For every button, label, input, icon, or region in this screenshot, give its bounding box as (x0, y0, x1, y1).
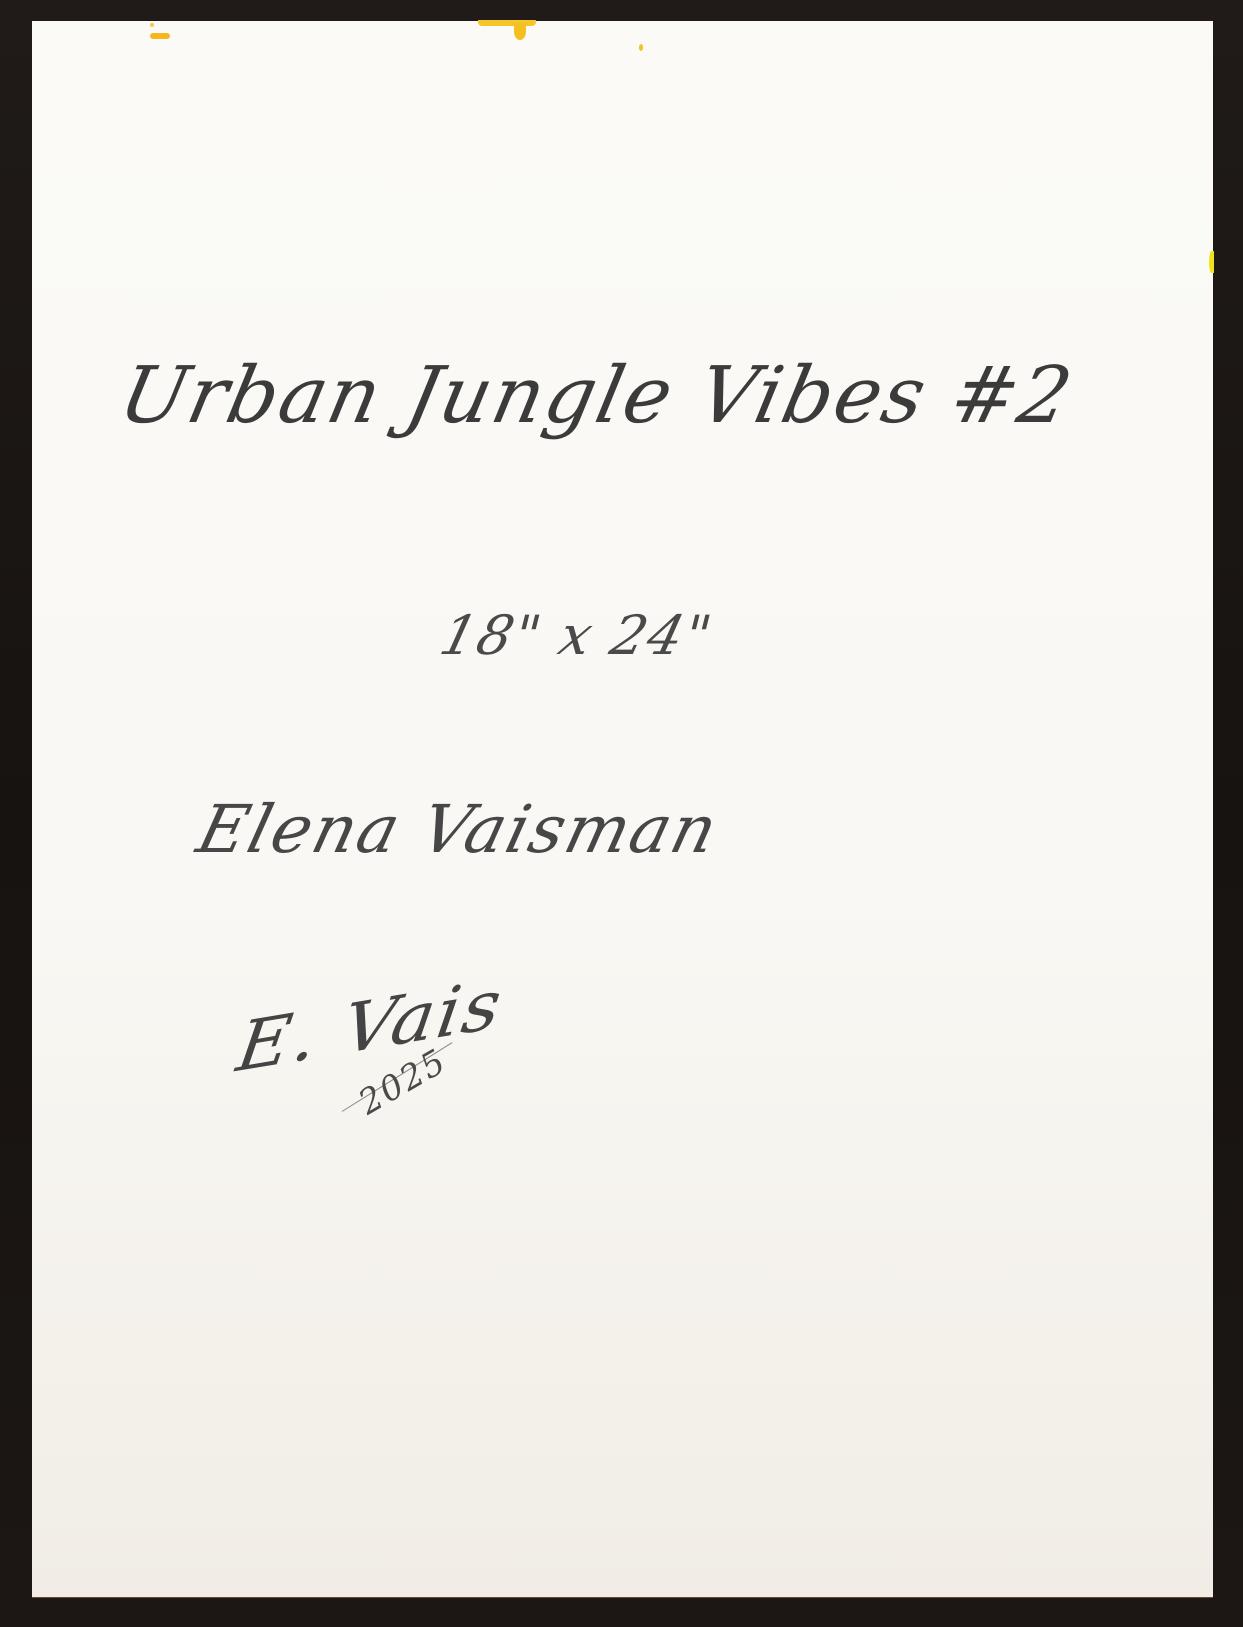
paint-fleck (514, 23, 526, 40)
artwork-title: Urban Jungle Vibes #2 (112, 351, 1081, 441)
paint-fleck (639, 44, 643, 51)
artwork-dimensions: 18" x 24" (434, 604, 720, 667)
artist-signature: E. Vais (232, 963, 508, 1088)
artist-name: Elena Vaisman (190, 791, 727, 868)
paint-fleck (150, 33, 170, 39)
artwork-paper-back: Urban Jungle Vibes #2 18" x 24" Elena Va… (32, 21, 1213, 1597)
paint-fleck (478, 20, 536, 26)
paint-fleck (1209, 251, 1214, 273)
paint-fleck (150, 23, 154, 27)
